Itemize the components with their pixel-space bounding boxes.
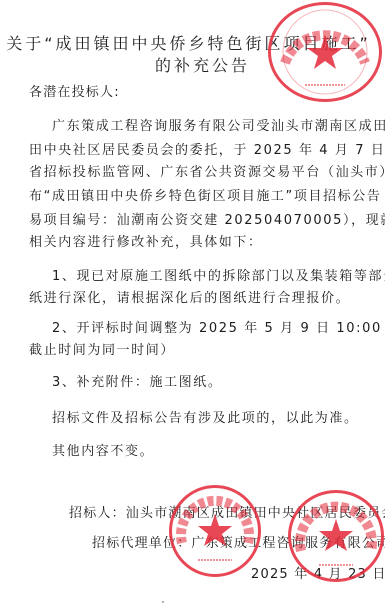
greeting: 各潜在投标人: [29, 85, 120, 101]
tenderer-seal-icon [169, 485, 261, 577]
title-line-1: 关于“成田镇田中央侨乡特色街区项目施工” [0, 34, 381, 54]
title-line-2: 的补充公告 [10, 56, 385, 76]
body-line: 相关内容进行修改补充，具体如下： [29, 235, 263, 251]
item-2-line-1: 2、开评标时间调整为 2025 年 5 月 9 日 10:00（与投标 [52, 321, 385, 337]
item-3-line-1: 3、补充附件：施工图纸。 [52, 375, 222, 391]
body-line: 省招标投标监管网、广东省公共资源交易平台（汕头市）发 [29, 165, 385, 181]
item-2-line-2: 截止时间为同一时间） [29, 343, 175, 359]
closing-note-1: 招标文件及招标公告有涉及此项的，以此为准。 [52, 411, 359, 427]
agent-signature: 招标代理单位：广东策成工程咨询服务有限公司 [92, 536, 385, 552]
scan-speck [162, 601, 164, 603]
body-line: 布“成田镇田中央侨乡特色街区项目施工”项目招标公告（交 [29, 189, 385, 205]
item-1-line-2: 纸进行深化，请根据深化后的图纸进行合理报价。 [29, 291, 350, 307]
body-line: 易项目编号：汕潮南公资交建 202504070005），现就本项目 [29, 213, 385, 229]
item-1-line-1: 1、现已对原施工图纸中的拆除部门以及集装箱等部分图 [52, 269, 385, 285]
body-line: 广东策成工程咨询服务有限公司受汕头市潮南区成田镇 [52, 119, 385, 135]
body-line: 田中央社区居民委员会的委托，于 2025 年 4 月 7 日在广东 [29, 143, 385, 159]
signature-date: 2025 年 4 月 23 日 [251, 567, 385, 583]
tenderer-signature: 招标人：汕头市潮南区成田镇田中央社区居民委员会 [69, 506, 385, 522]
announcement-page: 关于“成田镇田中央侨乡特色街区项目施工” 的补充公告 各潜在投标人: 广东策成工… [0, 0, 385, 614]
closing-note-2: 其他内容不变。 [52, 444, 154, 460]
